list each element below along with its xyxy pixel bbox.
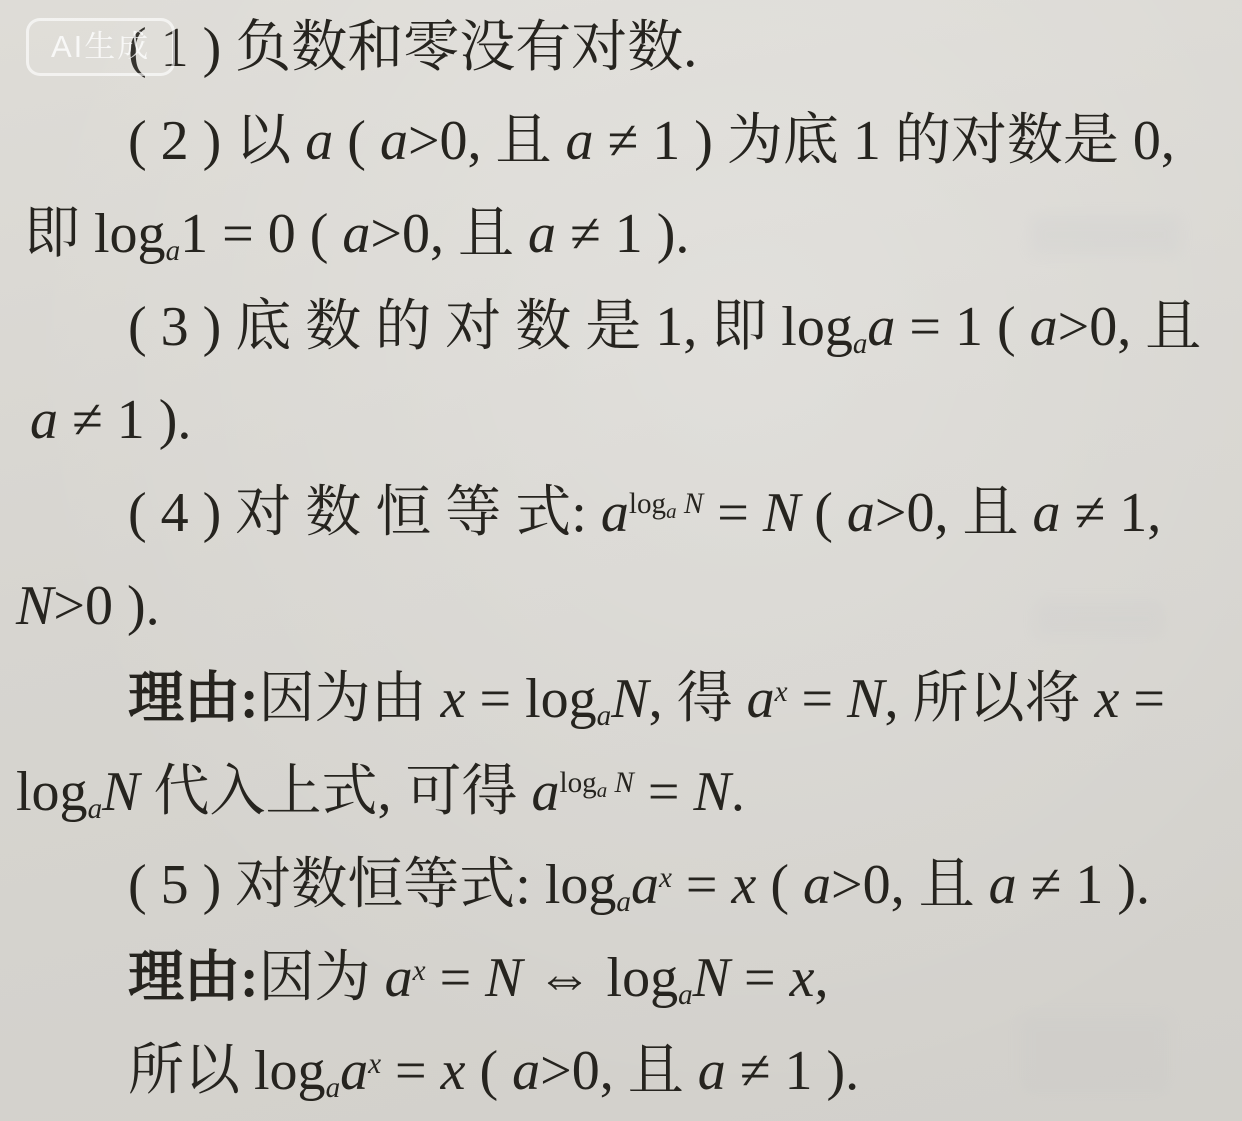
text-segment: . — [731, 761, 745, 823]
text-line-reason2: 理由:因为 ax = N ⇔ logaN = x, — [0, 932, 1242, 1025]
text-segment: = — [703, 482, 763, 544]
text-segment: 所以 — [128, 1040, 254, 1102]
text-line-item2: ( 2 ) 以 a ( a>0, 且 a ≠ 1 ) 为底 1 的对数是 0, — [0, 95, 1242, 188]
text-line-item3-cont: a ≠ 1 ). — [0, 374, 1242, 467]
text-segment: a — [698, 1040, 726, 1102]
text-segment: x — [775, 676, 788, 708]
text-segment: a — [380, 110, 408, 172]
text-segment: ( 1 ) 负数和零没有对数. — [128, 17, 697, 79]
text-segment: ≠ 1, — [1060, 482, 1161, 544]
text-segment: a — [597, 700, 612, 732]
text-segment: a — [666, 499, 676, 523]
text-segment: N — [16, 575, 53, 637]
page-content: ( 1 ) 负数和零没有对数. ( 2 ) 以 a ( a>0, 且 a ≠ 1… — [0, 2, 1242, 1118]
text-segment: a — [989, 854, 1017, 916]
text-segment: a — [853, 328, 868, 360]
text-segment: 理由: — [128, 947, 259, 1009]
text-segment: = — [672, 854, 732, 916]
text-segment: N — [102, 761, 139, 823]
text-segment: a — [566, 110, 594, 172]
text-segment: >0 ). — [53, 575, 159, 637]
text-segment: N — [485, 947, 522, 1009]
text-segment: x — [790, 947, 815, 1009]
text-segment: 即 — [24, 203, 94, 265]
text-segment: x — [732, 854, 757, 916]
text-segment: 理由: — [128, 668, 259, 730]
text-segment: = — [634, 761, 694, 823]
text-segment: loga N — [629, 488, 703, 520]
text-segment: a — [305, 110, 333, 172]
text-segment: ( 3 ) 底 数 的 对 数 是 1, 即 — [128, 296, 781, 358]
text-segment: a — [867, 296, 895, 358]
text-segment: = — [426, 947, 486, 1009]
text-segment: N — [607, 767, 634, 799]
text-segment: x — [659, 862, 672, 894]
text-segment: x — [441, 668, 466, 730]
ai-generated-label: AI生成 — [51, 29, 150, 64]
text-line-reason1: 理由:因为由 x = logaN, 得 ax = N, 所以将 x = — [0, 653, 1242, 746]
text-segment: ( 5 ) 对数恒等式: — [128, 854, 545, 916]
text-segment: a — [88, 793, 103, 825]
text-segment: = — [788, 668, 848, 730]
text-segment: ( — [756, 854, 803, 916]
text-segment: a — [385, 947, 413, 1009]
text-segment: a — [528, 203, 556, 265]
text-segment: loga N — [559, 767, 633, 799]
text-segment: a — [531, 761, 559, 823]
text-segment: log — [629, 488, 666, 520]
text-segment: x — [1094, 668, 1119, 730]
text-segment: ⇔ log — [523, 947, 679, 1009]
text-segment: ≠ 1 ). — [726, 1040, 859, 1102]
text-line-item1: ( 1 ) 负数和零没有对数. — [0, 2, 1242, 95]
text-segment: >0, 且 — [1058, 296, 1202, 358]
text-line-item2-formula: 即 loga1 = 0 ( a>0, 且 a ≠ 1 ). — [0, 188, 1242, 281]
text-segment: ( — [800, 482, 847, 544]
text-segment: a — [616, 886, 631, 918]
text-segment: a — [166, 235, 181, 267]
text-segment: N — [611, 668, 648, 730]
text-segment: ( — [333, 110, 380, 172]
text-segment: , — [814, 947, 828, 1009]
text-segment: a — [326, 1072, 341, 1104]
text-segment: N — [847, 668, 884, 730]
text-segment: a — [512, 1040, 540, 1102]
text-segment: >0, 且 — [540, 1040, 698, 1102]
text-line-reason1-cont: logaN 代入上式, 可得 aloga N = N. — [0, 746, 1242, 839]
text-segment: a — [847, 482, 875, 544]
text-segment: a — [597, 778, 607, 802]
text-segment: a — [30, 389, 58, 451]
text-segment: = — [381, 1040, 441, 1102]
text-segment: >0, 且 — [370, 203, 528, 265]
text-segment: a — [803, 854, 831, 916]
text-segment: N — [693, 947, 730, 1009]
text-segment: ≠ 1 ). — [58, 389, 191, 451]
text-segment: a — [342, 203, 370, 265]
text-segment: a — [1030, 296, 1058, 358]
text-segment: N — [677, 488, 704, 520]
text-segment: >0, 且 — [875, 482, 1033, 544]
text-segment: ≠ 1 ). — [1017, 854, 1150, 916]
text-segment: ≠ 1 ) 为底 1 的对数是 0, — [594, 110, 1175, 172]
text-segment: x — [441, 1040, 466, 1102]
text-line-item3: ( 3 ) 底 数 的 对 数 是 1, 即 logaa = 1 ( a>0, … — [0, 281, 1242, 374]
text-segment: = — [730, 947, 790, 1009]
text-segment: log — [545, 854, 617, 916]
textbook-page: AI生成 ( 1 ) 负数和零没有对数. ( 2 ) 以 a ( a>0, 且 … — [0, 0, 1242, 1121]
text-segment: log — [16, 761, 88, 823]
text-segment: a — [678, 979, 693, 1011]
text-segment: a — [631, 854, 659, 916]
text-segment: a — [340, 1040, 368, 1102]
text-segment: 因为 — [259, 947, 385, 1009]
text-segment: = log — [466, 668, 597, 730]
text-segment: a — [601, 482, 629, 544]
text-segment: x — [413, 955, 426, 987]
text-segment: log — [94, 203, 166, 265]
text-segment: x — [368, 1048, 381, 1080]
text-line-item4: ( 4 ) 对 数 恒 等 式: aloga N = N ( a>0, 且 a … — [0, 467, 1242, 560]
text-segment: N — [693, 761, 730, 823]
text-segment: , 所以将 — [884, 668, 1094, 730]
text-segment: log — [559, 767, 596, 799]
text-segment: , 得 — [649, 668, 747, 730]
text-segment: a — [747, 668, 775, 730]
text-segment: ( — [466, 1040, 513, 1102]
text-segment: >0, 且 — [408, 110, 566, 172]
text-segment: >0, 且 — [831, 854, 989, 916]
text-segment: log — [781, 296, 853, 358]
text-segment: N — [763, 482, 800, 544]
text-line-reason2-cont: 所以 logaax = x ( a>0, 且 a ≠ 1 ). — [0, 1025, 1242, 1118]
text-segment: 1 = 0 ( — [180, 203, 342, 265]
text-segment: ( 2 ) 以 — [128, 110, 305, 172]
ai-generated-badge: AI生成 — [26, 18, 175, 76]
text-segment: = 1 ( — [895, 296, 1029, 358]
text-segment: 代入上式, 可得 — [139, 761, 531, 823]
text-segment: ( 4 ) 对 数 恒 等 式: — [128, 482, 601, 544]
text-line-item5: ( 5 ) 对数恒等式: logaax = x ( a>0, 且 a ≠ 1 )… — [0, 839, 1242, 932]
text-segment: a — [1032, 482, 1060, 544]
text-segment: ≠ 1 ). — [556, 203, 689, 265]
text-segment: 因为由 — [259, 668, 441, 730]
text-line-item4-cont: N>0 ). — [0, 560, 1242, 653]
text-segment: log — [254, 1040, 326, 1102]
text-segment: = — [1119, 668, 1165, 730]
